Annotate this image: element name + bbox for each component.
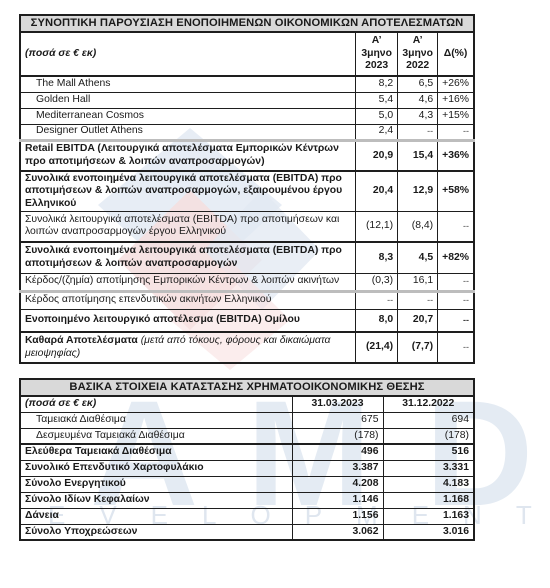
value-2022: 4,3 [398,108,438,124]
value-2023: -- [356,291,398,309]
table-row: Συνολικό Επενδυτικό Χαρτοφυλάκιο 3.387 3… [20,460,474,476]
value-31-03-2023: 1.156 [292,508,383,524]
value-delta: +26% [438,76,474,92]
value-31-03-2023: 1.146 [292,492,383,508]
value-31-12-2022: 516 [383,444,474,460]
row-label: Retail EBITDA (Λειτουργικά αποτελέσματα … [20,140,356,171]
table-title-row: ΣΥΝΟΠΤΙΚΗ ΠΑΡΟΥΣΙΑΣΗ ΕΝΟΠΟΙΗΜΕΝΩΝ ΟΙΚΟΝΟ… [20,15,474,32]
unit-label: (ποσά σε € εκ) [20,396,292,412]
table-row: Σύνολο Ιδίων Κεφαλαίων 1.146 1.168 [20,492,474,508]
row-label: Δάνεια [20,508,292,524]
table-title: ΣΥΝΟΠΤΙΚΗ ΠΑΡΟΥΣΙΑΣΗ ΕΝΟΠΟΙΗΜΕΝΩΝ ΟΙΚΟΝΟ… [20,15,474,32]
row-label-bold: Καθαρά Αποτελέσματα [25,335,138,346]
consolidated-results-table: ΣΥΝΟΠΤΙΚΗ ΠΑΡΟΥΣΙΑΣΗ ΕΝΟΠΟΙΗΜΕΝΩΝ ΟΙΚΟΝΟ… [19,14,475,364]
value-2022: 6,5 [398,76,438,92]
column-header-line: 2023 [360,60,393,73]
value-2022: 20,7 [398,309,438,332]
column-header-line: Α’ [402,35,433,48]
value-31-03-2023: 4.208 [292,476,383,492]
value-2022: -- [398,124,438,140]
value-delta: +82% [438,242,474,273]
financial-position-table: ΒΑΣΙΚΑ ΣΤΟΙΧΕΙΑ ΚΑΤΑΣΤΑΣΗΣ ΧΡΗΜΑΤΟΟΙΚΟΝΟ… [19,378,475,541]
row-label: Κέρδος αποτίμησης επενδυτικών ακινήτων Ε… [20,291,356,309]
value-delta: -- [438,273,474,291]
row-label: Καθαρά Αποτελέσματα (μετά από τόκους, φό… [20,332,356,363]
table-row: Mediterranean Cosmos 5,0 4,3 +15% [20,108,474,124]
column-header-q1-2023: Α’ 3μηνο 2023 [356,32,398,76]
value-31-12-2022: (178) [383,428,474,444]
value-31-12-2022: 694 [383,412,474,428]
row-label: Σύνολο Ενεργητικού [20,476,292,492]
value-2023: 2,4 [356,124,398,140]
table-row: Ταμειακά Διαθέσιμα 675 694 [20,412,474,428]
row-label: Κέρδος/(ζημία) αποτίμησης Εμπορικών Κέντ… [20,273,356,291]
value-31-12-2022: 3.331 [383,460,474,476]
value-31-03-2023: 3.062 [292,524,383,540]
value-delta: -- [438,332,474,363]
row-label: Συνολικά λειτουργικά αποτελέσματα (EBITD… [20,211,356,242]
value-2022: 15,4 [398,140,438,171]
column-header-date-1: 31.03.2023 [292,396,383,412]
row-label: Σύνολο Υποχρεώσεων [20,524,292,540]
value-31-03-2023: 675 [292,412,383,428]
value-2022: 4,6 [398,92,438,108]
row-label: Ενοποιημένο λειτουργικό αποτέλεσμα (EBIT… [20,309,356,332]
table-title: ΒΑΣΙΚΑ ΣΤΟΙΧΕΙΑ ΚΑΤΑΣΤΑΣΗΣ ΧΡΗΜΑΤΟΟΙΚΟΝΟ… [20,379,474,396]
column-header-row: (ποσά σε € εκ) Α’ 3μηνο 2023 Α’ 3μηνο 20… [20,32,474,76]
table-row: Συνολικά ενοποιημένα λειτουργικά αποτελέ… [20,242,474,273]
row-label: Ταμειακά Διαθέσιμα [20,412,292,428]
value-2023: 20,9 [356,140,398,171]
value-delta: -- [438,291,474,309]
table-row: Δεσμευμένα Ταμειακά Διαθέσιμα (178) (178… [20,428,474,444]
row-label: Designer Outlet Athens [20,124,356,140]
unit-label: (ποσά σε € εκ) [20,32,356,76]
table-row: Designer Outlet Athens 2,4 -- -- [20,124,474,140]
table-row: Κέρδος/(ζημία) αποτίμησης Εμπορικών Κέντ… [20,273,474,291]
value-delta: +15% [438,108,474,124]
column-header-delta: Δ(%) [438,32,474,76]
value-delta: -- [438,124,474,140]
column-header-q1-2022: Α’ 3μηνο 2022 [398,32,438,76]
value-2023: 5,4 [356,92,398,108]
row-label: Συνολικά ενοποιημένα λειτουργικά αποτελέ… [20,242,356,273]
row-label: Συνολικά ενοποιημένα λειτουργικά αποτελέ… [20,171,356,211]
table-row: Golden Hall 5,4 4,6 +16% [20,92,474,108]
table-row: Καθαρά Αποτελέσματα (μετά από τόκους, φό… [20,332,474,363]
value-31-12-2022: 3.016 [383,524,474,540]
table-row: Συνολικά λειτουργικά αποτελέσματα (EBITD… [20,211,474,242]
value-2022: 16,1 [398,273,438,291]
column-header-date-2: 31.12.2022 [383,396,474,412]
value-31-03-2023: 3.387 [292,460,383,476]
value-delta: -- [438,309,474,332]
value-31-12-2022: 1.163 [383,508,474,524]
column-header-line: 3μηνο [360,48,393,61]
column-header-line: 3μηνο [402,48,433,61]
value-2023: 20,4 [356,171,398,211]
value-2022: 4,5 [398,242,438,273]
value-31-12-2022: 4.183 [383,476,474,492]
table-row: The Mall Athens 8,2 6,5 +26% [20,76,474,92]
value-2023: 5,0 [356,108,398,124]
value-2023: (21,4) [356,332,398,363]
value-2023: 8,0 [356,309,398,332]
value-delta: +36% [438,140,474,171]
value-delta: +16% [438,92,474,108]
table-row: Κέρδος αποτίμησης επενδυτικών ακινήτων Ε… [20,291,474,309]
value-31-03-2023: (178) [292,428,383,444]
value-2022: (8,4) [398,211,438,242]
table-row: Δάνεια 1.156 1.163 [20,508,474,524]
value-2022: (7,7) [398,332,438,363]
row-label: Δεσμευμένα Ταμειακά Διαθέσιμα [20,428,292,444]
row-label: The Mall Athens [20,76,356,92]
row-label: Mediterranean Cosmos [20,108,356,124]
table-row: Ενοποιημένο λειτουργικό αποτέλεσμα (EBIT… [20,309,474,332]
value-2023: 8,3 [356,242,398,273]
table-row: Σύνολο Υποχρεώσεων 3.062 3.016 [20,524,474,540]
column-header-line: Α’ [360,35,393,48]
value-2022: -- [398,291,438,309]
value-delta: -- [438,211,474,242]
table-title-row: ΒΑΣΙΚΑ ΣΤΟΙΧΕΙΑ ΚΑΤΑΣΤΑΣΗΣ ΧΡΗΜΑΤΟΟΙΚΟΝΟ… [20,379,474,396]
value-2023: 8,2 [356,76,398,92]
value-2023: (12,1) [356,211,398,242]
row-label: Golden Hall [20,92,356,108]
table-row: Ελεύθερα Ταμειακά Διαθέσιμα 496 516 [20,444,474,460]
table-row: Συνολικά ενοποιημένα λειτουργικά αποτελέ… [20,171,474,211]
value-delta: +58% [438,171,474,211]
column-header-row: (ποσά σε € εκ) 31.03.2023 31.12.2022 [20,396,474,412]
table-row: Retail EBITDA (Λειτουργικά αποτελέσματα … [20,140,474,171]
column-header-line: 2022 [402,60,433,73]
value-2022: 12,9 [398,171,438,211]
row-label: Συνολικό Επενδυτικό Χαρτοφυλάκιο [20,460,292,476]
value-31-03-2023: 496 [292,444,383,460]
row-label: Σύνολο Ιδίων Κεφαλαίων [20,492,292,508]
value-31-12-2022: 1.168 [383,492,474,508]
row-label: Ελεύθερα Ταμειακά Διαθέσιμα [20,444,292,460]
table-row: Σύνολο Ενεργητικού 4.208 4.183 [20,476,474,492]
value-2023: (0,3) [356,273,398,291]
